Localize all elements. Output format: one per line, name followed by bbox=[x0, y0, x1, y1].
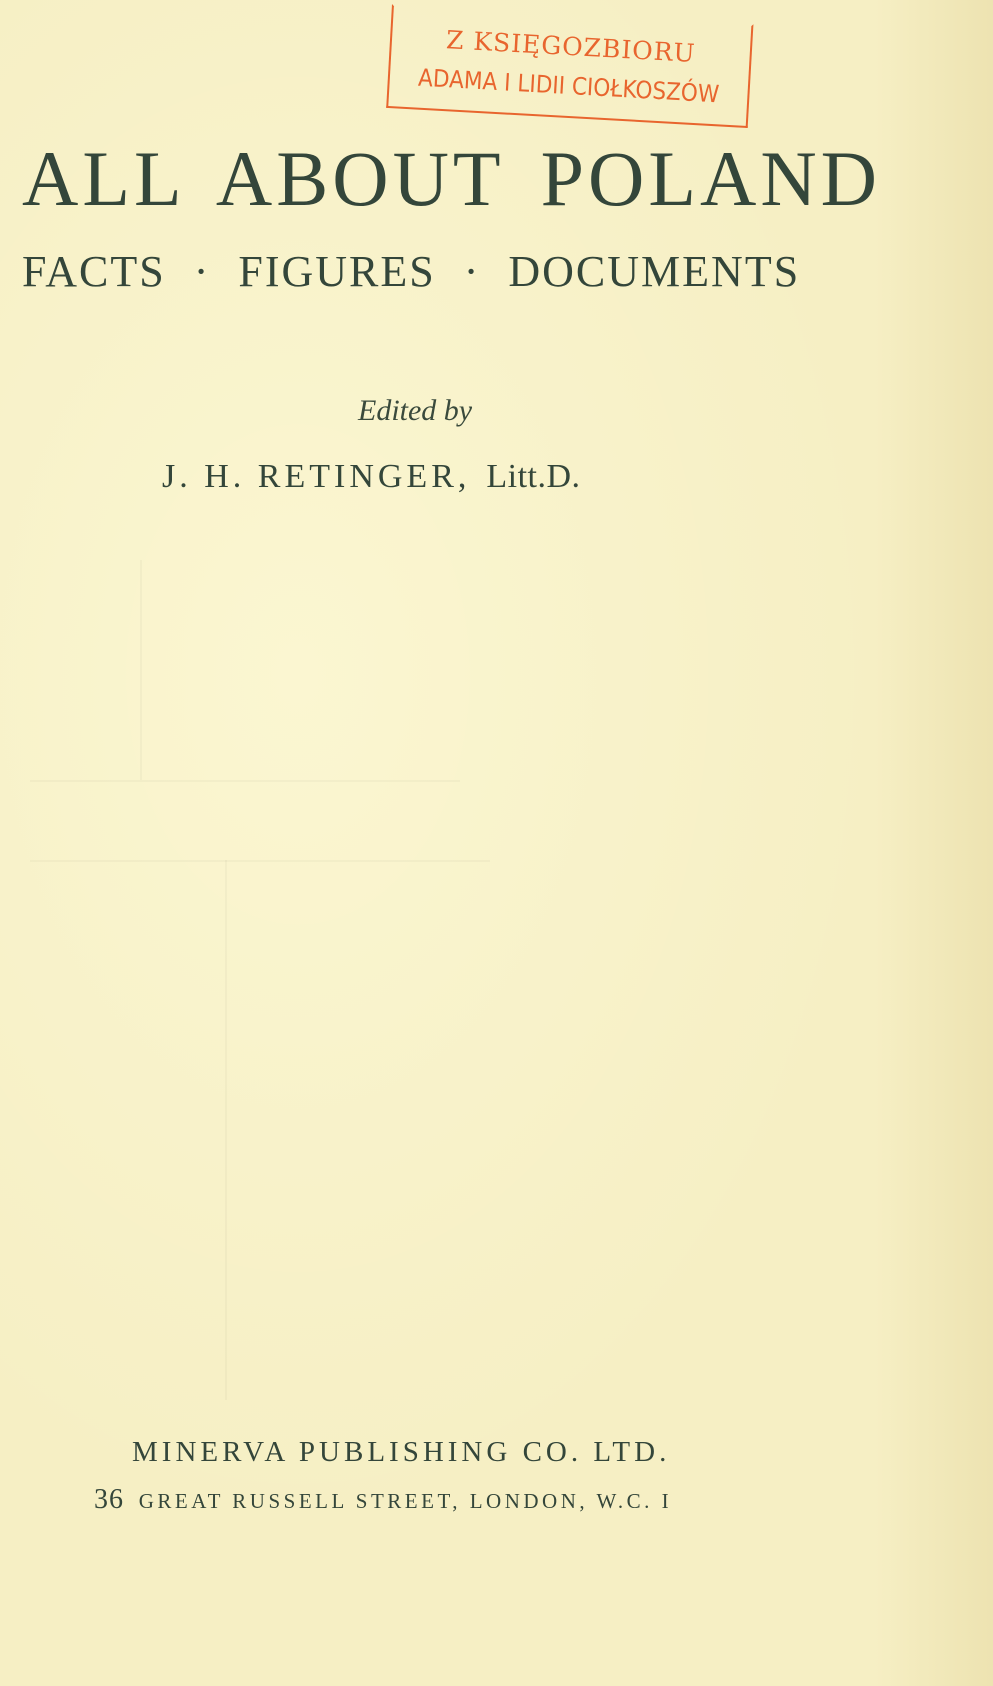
subtitle-item-documents: DOCUMENTS bbox=[508, 250, 800, 294]
address-text: GREAT RUSSELL STREET, LONDON, W.C. I bbox=[139, 1489, 672, 1513]
subtitle-item-facts: FACTS bbox=[22, 250, 166, 294]
subtitle-separator: · bbox=[464, 250, 481, 294]
edited-by-label: Edited by bbox=[358, 394, 472, 428]
editor-name-text: J. H. RETINGER, bbox=[162, 458, 470, 495]
subtitle-separator: · bbox=[194, 250, 211, 294]
bleed-through-mark bbox=[225, 860, 227, 1400]
stamp-line-1: Z KSIĘGOZBIORU bbox=[391, 22, 750, 71]
address-number: 36 bbox=[94, 1484, 124, 1515]
bleed-through-mark bbox=[140, 560, 142, 780]
title-page: Z KSIĘGOZBIORU ADAMA I LIDII CIOŁKOSZÓW … bbox=[0, 0, 993, 1686]
book-subtitle: FACTS · FIGURES · DOCUMENTS bbox=[22, 250, 800, 294]
stamp-line-2: ADAMA I LIDII CIOŁKOSZÓW bbox=[407, 63, 730, 109]
editor-name: J. H. RETINGER,Litt.D. bbox=[162, 458, 581, 496]
book-title: ALL ABOUT POLAND bbox=[22, 140, 881, 218]
bleed-through-mark bbox=[30, 780, 460, 782]
publisher-address: 36 GREAT RUSSELL STREET, LONDON, W.C. I bbox=[94, 1484, 672, 1516]
bleed-through-mark bbox=[30, 860, 490, 862]
library-stamp: Z KSIĘGOZBIORU ADAMA I LIDII CIOŁKOSZÓW bbox=[386, 4, 753, 128]
subtitle-item-figures: FIGURES bbox=[238, 250, 435, 294]
publisher-name: MINERVA PUBLISHING CO. LTD. bbox=[132, 1436, 670, 1469]
editor-credential: Litt.D. bbox=[486, 458, 580, 495]
